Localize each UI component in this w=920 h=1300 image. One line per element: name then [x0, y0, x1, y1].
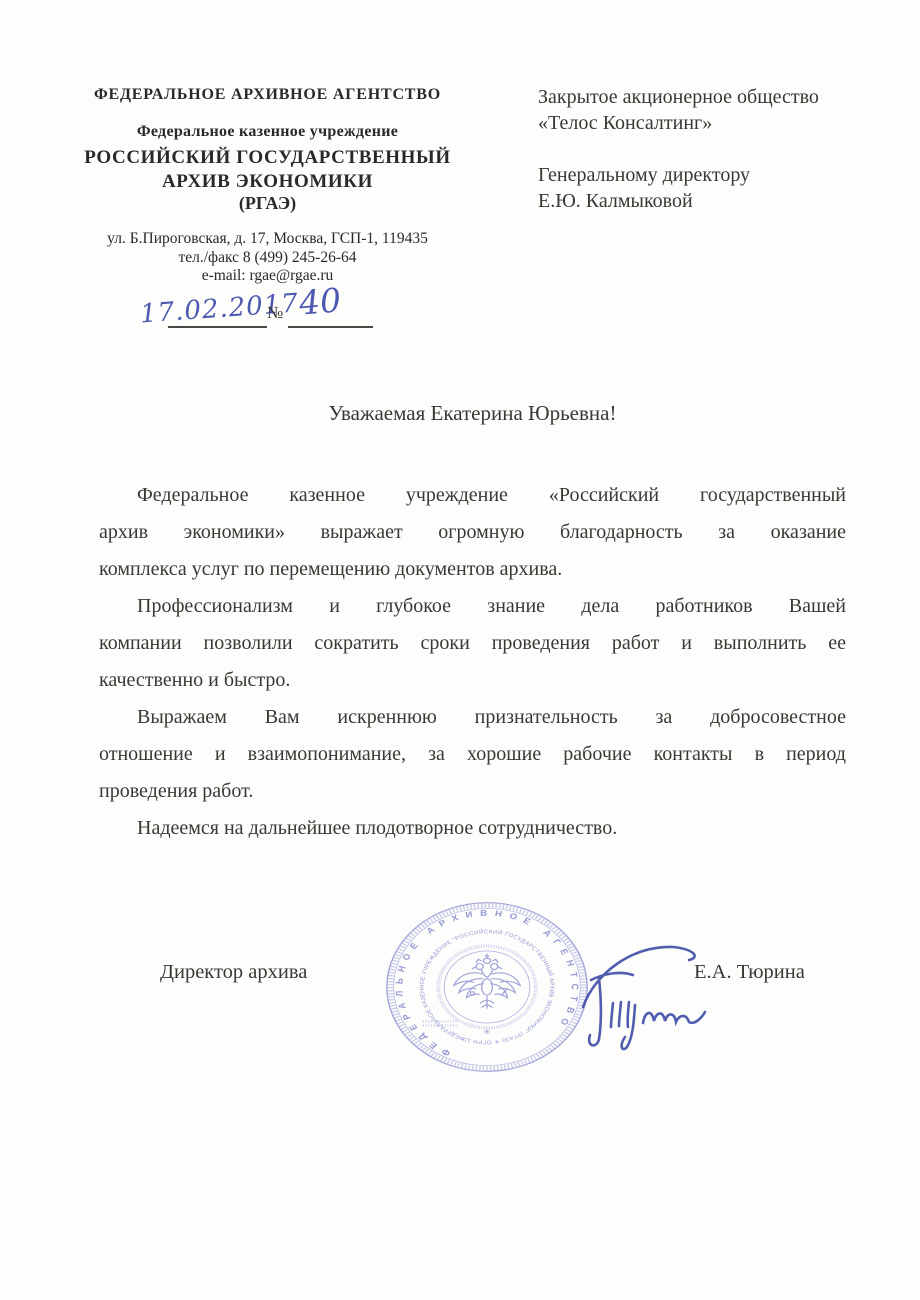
double-headed-eagle-icon: [454, 954, 520, 1008]
recipient-name: Е.Ю. Калмыковой: [538, 188, 868, 214]
body-line: комплекса услуг по перемещению документо…: [99, 551, 846, 588]
letter-body: Федеральное казенное учреждение «Российс…: [99, 477, 846, 847]
signature-autograph: [555, 925, 755, 1065]
recipient-block: Закрытое акционерное общество «Телос Кон…: [538, 84, 868, 214]
signoff-position: Директор архива: [160, 961, 307, 984]
date-underline: [168, 326, 267, 328]
org-phone: тел./факс 8 (499) 245-26-64: [60, 249, 475, 267]
org-abbreviation: (РГАЭ): [60, 193, 475, 214]
body-line: Выражаем Вам искреннюю признательность з…: [99, 699, 846, 736]
stamp-inner-circle: [444, 951, 530, 1023]
handwritten-number: 40: [297, 280, 342, 323]
body-line: Надеемся на дальнейшее плодотворное сотр…: [99, 810, 846, 847]
body-line: качественно и быстро.: [99, 662, 846, 699]
signature-tail: [643, 1012, 705, 1023]
body-line: архив экономики» выражает огромную благо…: [99, 514, 846, 551]
salutation: Уважаемая Екатерина Юрьевна!: [99, 401, 846, 426]
recipient-company-line1: Закрытое акционерное общество: [538, 84, 868, 110]
agency-name: ФЕДЕРАЛЬНОЕ АРХИВНОЕ АГЕНТСТВО: [60, 86, 475, 104]
org-email: e-mail: rgae@rgae.ru: [60, 267, 475, 285]
recipient-company-line2: «Телос Консалтинг»: [538, 110, 868, 136]
number-sign: №: [267, 303, 283, 323]
recipient-spacer: [538, 136, 868, 162]
stamp-bottom-symbol: ✳: [483, 1027, 492, 1036]
number-underline: [288, 326, 373, 328]
body-line: Профессионализм и глубокое знание дела р…: [99, 588, 846, 625]
body-line: Федеральное казенное учреждение «Российс…: [99, 477, 846, 514]
org-name-line2: АРХИВ ЭКОНОМИКИ: [60, 171, 475, 193]
body-line: отношение и взаимопонимание, за хорошие …: [99, 736, 846, 773]
org-address: ул. Б.Пироговская, д. 17, Москва, ГСП-1,…: [60, 230, 475, 248]
org-name-line1: РОССИЙСКИЙ ГОСУДАРСТВЕННЫЙ: [60, 147, 475, 169]
signature-letters: [611, 1002, 635, 1049]
institution-type: Федеральное казенное учреждение: [60, 123, 475, 141]
recipient-position: Генеральному директору: [538, 162, 868, 188]
letter-page: ФЕДЕРАЛЬНОЕ АРХИВНОЕ АГЕНТСТВО Федеральн…: [0, 0, 920, 1300]
body-line: проведения работ.: [99, 773, 846, 810]
body-line: компании позволили сократить сроки прове…: [99, 625, 846, 662]
